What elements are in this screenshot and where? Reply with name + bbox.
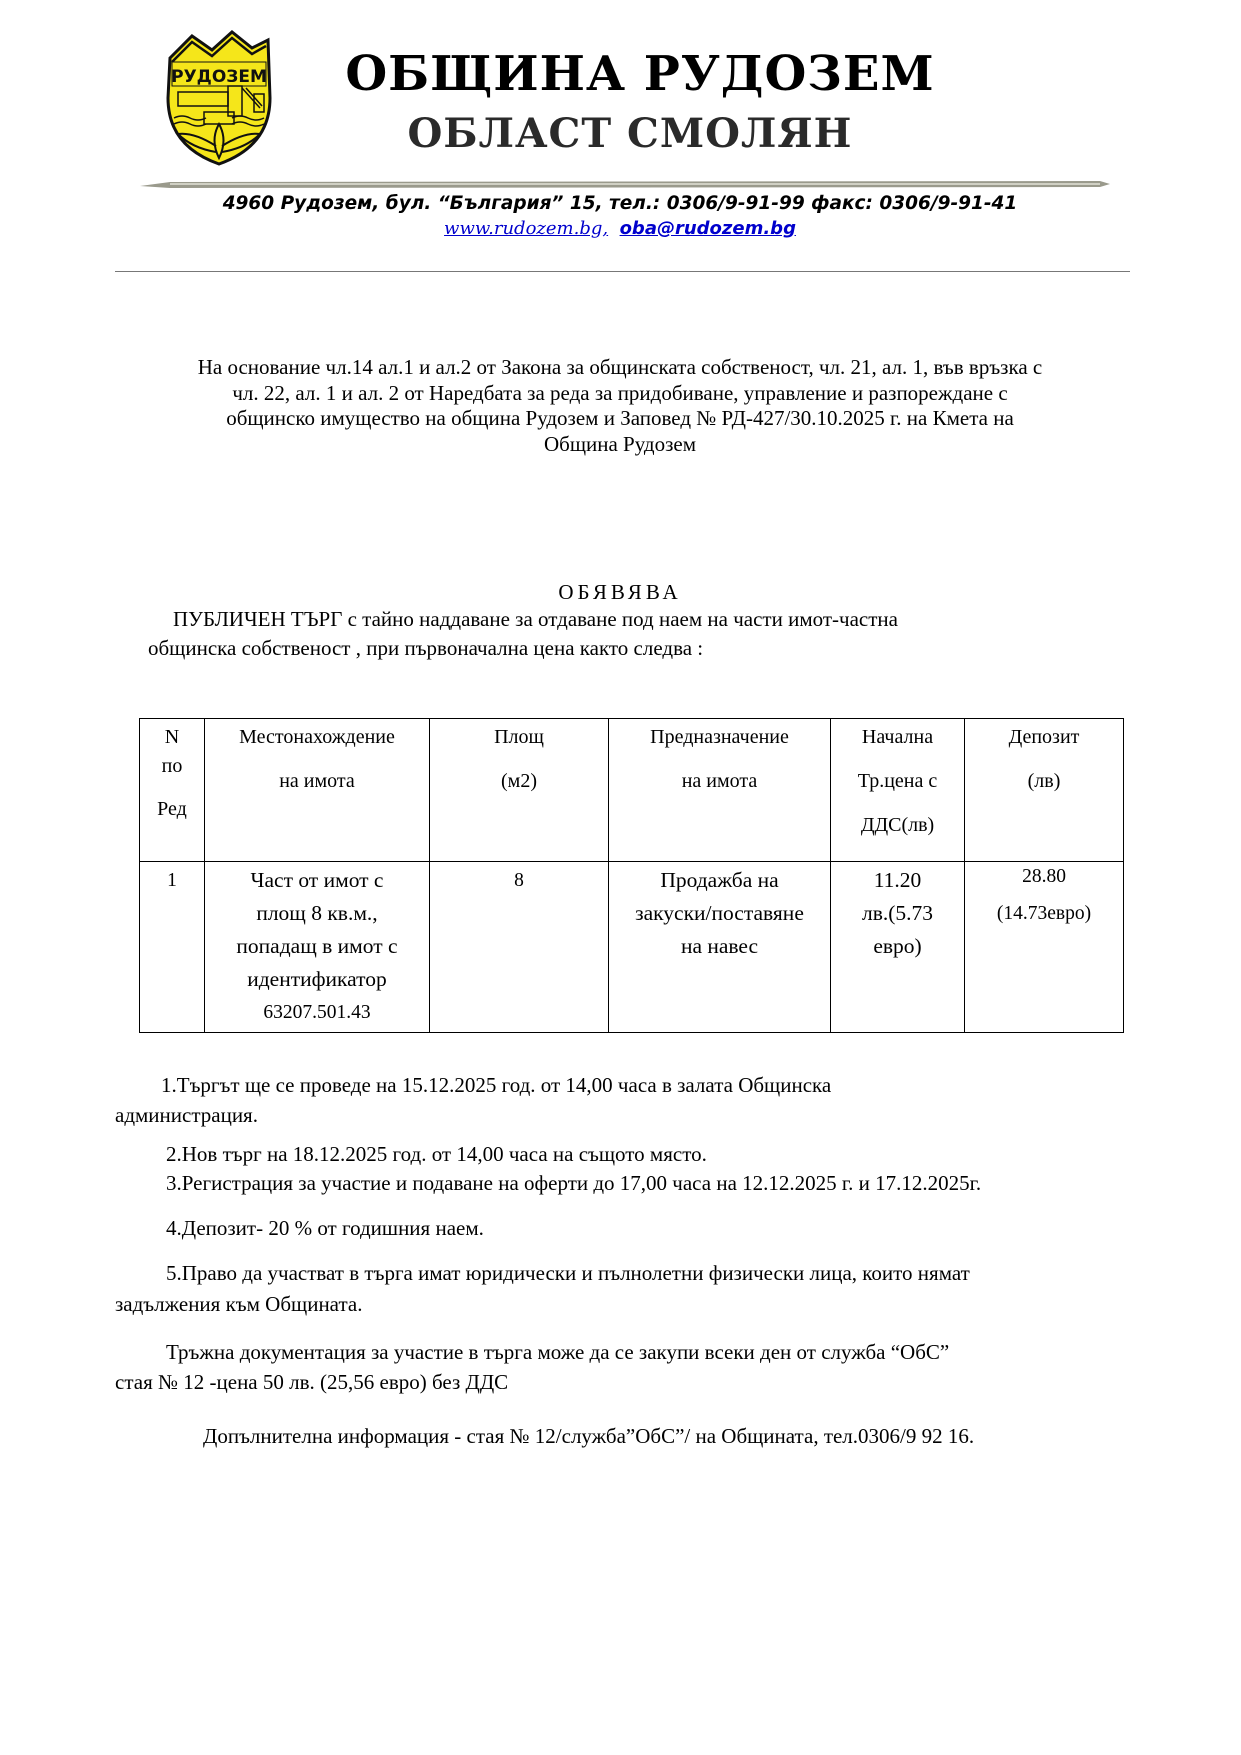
legal-basis-paragraph: На основание чл.14 ал.1 и ал.2 от Закона… [110, 355, 1130, 457]
header-text: Ред [142, 798, 202, 842]
header-text: на имота [611, 770, 828, 814]
cell-line: (14.73евро) [967, 901, 1121, 926]
header-text: (лв) [967, 770, 1121, 814]
header-text: Тр.цена с [833, 770, 962, 814]
cell-line: площ 8 кв.м., [207, 897, 427, 930]
cell-location: Част от имот с площ 8 кв.м., попадащ в и… [205, 862, 430, 1033]
email-link[interactable]: oba@rudozem.bg [620, 218, 796, 239]
documentation-note-continued: стая № 12 -цена 50 лв. (25,56 евро) без … [115, 1370, 508, 1396]
announcement-intro-line: ПУБЛИЧЕН ТЪРГ с тайно наддаване за отдав… [173, 607, 1143, 633]
cell-purpose: Продажба на закуски/поставяне на навес [609, 862, 831, 1033]
contact-address: 4960 Рудозем, бул. “България” 15, тел.: … [150, 192, 1090, 216]
contact-links: www.rudozem.bg, oba@rudozem.bg [150, 217, 1090, 241]
preamble-line: общинско имущество на община Рудозем и З… [110, 406, 1130, 432]
header-text: (м2) [432, 770, 606, 814]
condition-2: 2.Нов търг на 18.12.2025 год. от 14,00 ч… [166, 1142, 707, 1168]
header-text: Начална [833, 726, 962, 770]
header-area: Площ (м2) [430, 719, 609, 862]
condition-1: 1.Търгът ще се проведе на 15.12.2025 год… [161, 1073, 831, 1099]
documentation-note: Тръжна документация за участие в търга м… [166, 1340, 949, 1366]
header-bottom-rule [115, 271, 1130, 272]
cell-line: 28.80 [967, 864, 1121, 889]
header-text: по [142, 755, 202, 798]
header-purpose: Предназначение на имота [609, 719, 831, 862]
cell-line: 11.20 [833, 864, 962, 897]
document-page: РУДОЗЕМ ОБЩИНА РУДОЗЕМ ОБЛАСТ СМОЛЯН 496… [0, 0, 1241, 1755]
cell-line: лв.(5.73 [833, 897, 962, 930]
region-title: ОБЛАСТ СМОЛЯН [360, 110, 900, 158]
table-row: 1 Част от имот с площ 8 кв.м., попадащ в… [140, 862, 1124, 1033]
header-text: Предназначение [611, 726, 828, 770]
preamble-line: На основание чл.14 ал.1 и ал.2 от Закона… [110, 355, 1130, 381]
cell-area: 8 [430, 862, 609, 1033]
header-divider [140, 179, 1110, 189]
header-number: N по Ред [140, 719, 205, 862]
preamble-line: чл. 22, ал. 1 и ал. 2 от Наредбата за ре… [110, 381, 1130, 407]
condition-5: 5.Право да участват в търга имат юридиче… [166, 1261, 970, 1287]
cell-line: на навес [611, 930, 828, 963]
header-text: Депозит [967, 726, 1121, 770]
cell-line: идентификатор [207, 963, 427, 996]
announcement-intro-line: общинска собственост , при първоначална … [148, 636, 1118, 662]
header-text: ДДС(лв) [833, 814, 962, 858]
cell-line: Част от имот с [207, 864, 427, 897]
cell-line: закуски/поставяне [611, 897, 828, 930]
condition-1-continued: администрация. [115, 1103, 258, 1129]
table-header-row: N по Ред Местонахождение на имота Площ (… [140, 719, 1124, 862]
municipality-crest-icon: РУДОЗЕМ [162, 28, 276, 168]
cell-price: 11.20 лв.(5.73 евро) [831, 862, 965, 1033]
header-deposit: Депозит (лв) [965, 719, 1124, 862]
header-text: Местонахождение [207, 726, 427, 770]
cell-line: Продажба на [611, 864, 828, 897]
cell-line: попадащ в имот с [207, 930, 427, 963]
cell-number: 1 [140, 862, 205, 1033]
header-text: на имота [207, 770, 427, 814]
municipality-title: ОБЩИНА РУДОЗЕМ [300, 46, 980, 102]
announcement-heading: ОБЯВЯВА [110, 580, 1130, 606]
additional-info: Допълнителна информация - стая № 12/служ… [203, 1424, 974, 1450]
condition-5-continued: задължения към Общината. [115, 1292, 362, 1318]
header-starting-price: Начална Тр.цена с ДДС(лв) [831, 719, 965, 862]
header-location: Местонахождение на имота [205, 719, 430, 862]
condition-3: 3.Регистрация за участие и подаване на о… [166, 1171, 981, 1197]
spacer [967, 889, 1121, 901]
cell-deposit: 28.80 (14.73евро) [965, 862, 1124, 1033]
cell-line: евро) [833, 930, 962, 963]
auction-properties-table: N по Ред Местонахождение на имота Площ (… [139, 718, 1124, 1033]
preamble-line: Община Рудозем [110, 432, 1130, 458]
header-text: N [142, 726, 202, 755]
condition-4: 4.Депозит- 20 % от годишния наем. [166, 1216, 484, 1242]
cell-line: 63207.501.43 [207, 996, 427, 1029]
website-link[interactable]: www.rudozem.bg, [444, 218, 608, 239]
svg-text:РУДОЗЕМ: РУДОЗЕМ [171, 67, 267, 87]
header-text: Площ [432, 726, 606, 770]
